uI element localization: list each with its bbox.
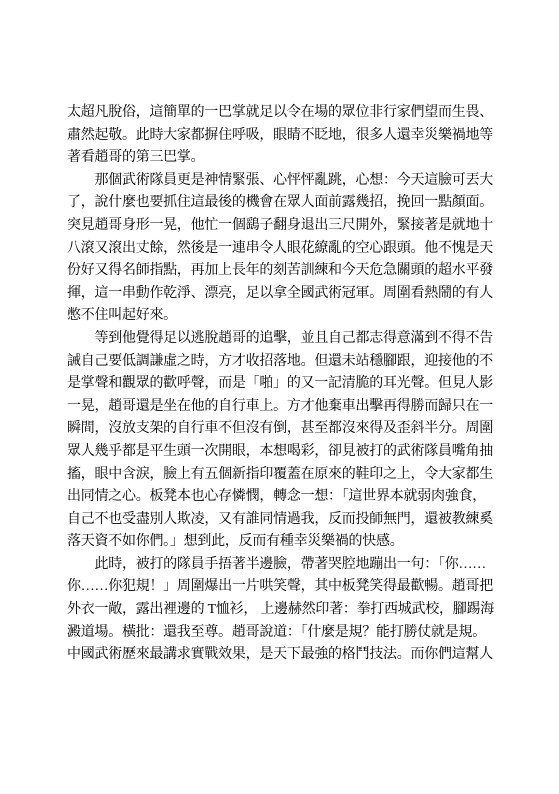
text-line: 份好又得名師指點，再加上長年的刻苦訓練和今天危急關頭的超水平發 [67, 260, 503, 283]
text-line: 憋不住叫起好來。 [67, 305, 503, 328]
text-line: 此時，被打的隊員手捂著半邊臉，帶著哭腔地蹦出一句：「你…… [67, 554, 503, 577]
text-line: 出同情之心。板凳本也心存憐憫，轉念一想：「這世界本就弱肉強食， [67, 486, 503, 509]
text-line: 一晃，趙哥還是坐在他的自行車上。方才他棄車出擊再得勝而歸只在一 [67, 396, 503, 419]
text-line: 肅然起敬。此時大家都摒住呼吸，眼睛不眨地，很多人還幸災樂禍地等 [67, 125, 503, 148]
text-line: 眾人幾乎都是平生頭一次開眼，本想喝彩，卻見被打的武術隊員嘴角抽 [67, 441, 503, 464]
text-line: 自己不也受盡別人欺凌，又有誰同情過我，反而投師無門，還被教練奚 [67, 509, 503, 532]
text-line: 等到他覺得足以逃脫趙哥的追擊，並且自己都志得意滿到不得不告 [67, 328, 503, 351]
text-line: 了，說什麼也要抓住這最後的機會在眾人面前露幾招，挽回一點顏面。 [67, 192, 503, 215]
text-line: 是掌聲和觀眾的歡呼聲，而是「啪」的又一記清脆的耳光聲。但見人影 [67, 373, 503, 396]
text-line: 你……你犯規！」周圍爆出一片哄笑聲，其中板凳笑得最歡暢。趙哥把 [67, 576, 503, 599]
text-line: 那個武術隊員更是神情緊張、心怦怦亂跳，心想：今天這臉可丟大 [67, 170, 503, 193]
document-page: 太超凡脫俗，這簡單的一巴掌就足以令在場的眾位非行家們望而生畏、 肅然起敬。此時大… [0, 0, 559, 794]
text-line: 突見趙哥身形一晃，他忙一個鷂子翻身退出三尺開外，緊接著是就地十 [67, 215, 503, 238]
text-line: 瞬間，沒放支架的自行車不但沒有倒，甚至都沒來得及歪斜半分。周圍 [67, 418, 503, 441]
text-line: 落天資不如你們。」想到此，反而有種幸災樂禍的快感。 [67, 531, 503, 554]
text-line: 著看趙哥的第三巴掌。 [67, 147, 503, 170]
text-line: 中國武術歷來最講求實戰效果，是天下最強的格鬥技法。而你們這幫人 [67, 644, 503, 667]
body-text: 太超凡脫俗，這簡單的一巴掌就足以令在場的眾位非行家們望而生畏、 肅然起敬。此時大… [67, 102, 503, 667]
text-line: 誡自己要低調謙虛之時，方才收招落地。但還未站穩腳跟，迎接他的不 [67, 351, 503, 374]
text-line: 太超凡脫俗，這簡單的一巴掌就足以令在場的眾位非行家們望而生畏、 [67, 102, 503, 125]
text-line: 外衣一敞，露出裡邊的 T恤衫， 上邊赫然印著：拳打西城武校，腳踢海 [67, 599, 503, 622]
text-line: 八滾又滾出丈餘，然後是一連串令人眼花繚亂的空心跟頭。他不愧是天 [67, 238, 503, 261]
text-line: 澱道場。橫批：還我至尊。趙哥說道：「什麼是規？能打勝仗就是規。 [67, 622, 503, 645]
text-line: 搐，眼中含淚，臉上有五個新指印覆蓋在原來的鞋印之上，令大家都生 [67, 464, 503, 487]
text-line: 揮，這一串動作乾淨、漂亮，足以拿全國武術冠軍。周圍看熱鬧的有人 [67, 283, 503, 306]
